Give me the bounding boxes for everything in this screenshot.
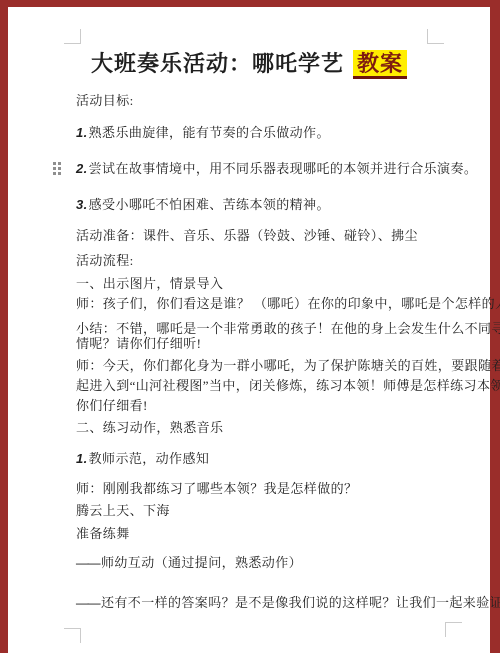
teacher-line-2c: 你们仔细看! <box>76 399 442 413</box>
goal-number: 2. <box>76 161 88 176</box>
goal-item-3: 3.感受小哪吒不怕困难、苦练本领的精神。 <box>76 198 442 212</box>
document-viewport: { "colors": { "frame": "#9a2d2a", "highl… <box>0 0 500 653</box>
margin-mark-bottom-left-icon <box>64 628 81 643</box>
summary-line-1: 小结：不错，哪吒是一个非常勇敢的孩子！在他的身上会发生什么不同寻常的事 <box>76 322 442 336</box>
goal-text: 尝试在故事情境中，用不同乐器表现哪吒的本领并进行合乐演奏。 <box>89 161 478 176</box>
teacher-line-1: 师：孩子们，你们看这是谁？ （哪吒）在你的印象中，哪吒是个怎样的人呢？ <box>76 297 442 311</box>
section-heading-2: 二、练习动作，熟悉音乐 <box>76 421 442 435</box>
step-text: 教师示范，动作感知 <box>89 451 210 466</box>
em-dash: —— <box>76 555 99 570</box>
goal-text: 熟悉乐曲旋律，能有节奏的合乐做动作。 <box>89 125 330 140</box>
goals-header: 活动目标: <box>76 94 442 108</box>
flow-header: 活动流程: <box>76 254 442 268</box>
goal-number: 1. <box>76 125 88 140</box>
movement-line-1: 腾云上天、下海 <box>76 504 442 518</box>
dash-text: 师幼互动（通过提问，熟悉动作） <box>101 555 302 570</box>
section-heading-1: 一、出示图片，情景导入 <box>76 277 442 291</box>
em-dash: —— <box>76 595 99 610</box>
frame-border-top <box>0 0 500 7</box>
summary-line-2: 情呢？请你们仔细听! <box>76 337 442 351</box>
goal-number: 3. <box>76 197 88 212</box>
goal-item-1: 1.熟悉乐曲旋律，能有节奏的合乐做动作。 <box>76 126 442 140</box>
movement-line-2: 准备练舞 <box>76 527 442 541</box>
frame-border-left <box>0 0 8 653</box>
step-number: 1. <box>76 451 88 466</box>
dash-bullet-1: ——师幼互动（通过提问，熟悉动作） <box>76 556 442 570</box>
teacher-line-2b: 起进入到“山河社稷图”当中，闭关修炼，练习本领！师傅是怎样练习本领的？请 <box>76 379 442 393</box>
goal-text: 感受小哪吒不怕困难、苦练本领的精神。 <box>89 197 330 212</box>
title-text: 大班奏乐活动：哪吒学艺 <box>91 51 344 76</box>
document-title: 大班奏乐活动：哪吒学艺教案 <box>8 47 490 79</box>
step-item-1: 1.教师示范，动作感知 <box>76 452 442 466</box>
dash-bullet-2: ——还有不一样的答案吗？是不是像我们说的这样呢？让我们一起来验证一下! <box>76 596 442 610</box>
margin-mark-bottom-right-icon <box>445 622 462 637</box>
preparation-line: 活动准备：课件、音乐、乐器（铃鼓、沙锤、碰铃）、拂尘 <box>76 229 442 243</box>
goal-item-2: 2.尝试在故事情境中，用不同乐器表现哪吒的本领并进行合乐演奏。 <box>76 162 442 176</box>
teacher-line-2a: 师：今天，你们都化身为一群小哪吒，为了保护陈塘关的百姓，要跟随着师傅一 <box>76 359 442 373</box>
highlight-tag: 教案 <box>353 50 407 79</box>
margin-mark-top-left-icon <box>64 29 81 44</box>
dash-text: 还有不一样的答案吗？是不是像我们说的这样呢？让我们一起来验证一下! <box>101 595 500 610</box>
drag-handle-icon[interactable] <box>53 162 61 175</box>
teacher-line-3: 师：刚刚我都练习了哪些本领？我是怎样做的？ <box>76 482 442 496</box>
margin-mark-top-right-icon <box>427 29 444 44</box>
